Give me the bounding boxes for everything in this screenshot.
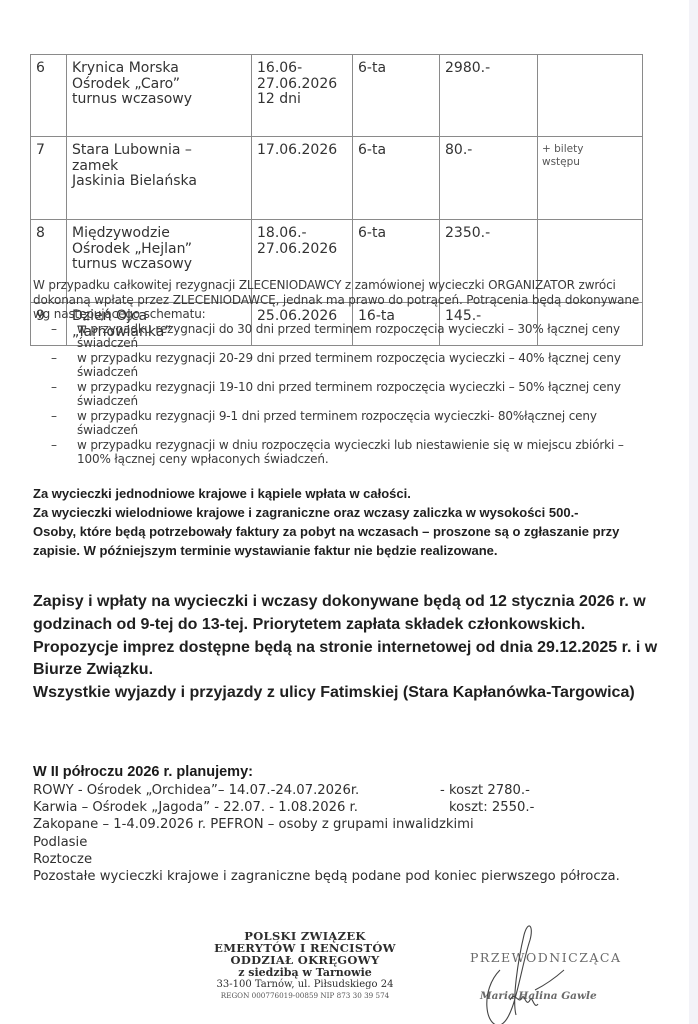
cell-number: 7	[31, 137, 67, 220]
announcement-departures: Wszystkie wyjazdy i przyjazdy z ulicy Fa…	[33, 682, 673, 705]
viewer-edge	[689, 0, 698, 1024]
rule-invoices: Osoby, które będą potrzebowały faktury z…	[33, 522, 653, 560]
announcement-website: Propozycje imprez dostępne będą na stron…	[33, 637, 673, 683]
table-row: 7Stara Lubownia – zamek Jaskinia Bielańs…	[31, 137, 643, 220]
plan-item-text: Zakopane – 1-4.09.2026 r. PEFRON – osoby…	[33, 816, 474, 833]
terms-intro: W przypadku całkowitej rezygnacji ZLECEN…	[33, 278, 653, 322]
plan-item-text: Roztocze	[33, 851, 92, 868]
plan-item-text: Podlasie	[33, 834, 87, 851]
plan-item: Podlasie	[33, 834, 673, 851]
stamp-line: ODDZIAŁ OKRĘGOWY	[190, 954, 420, 966]
plan-heading: W II półroczu 2026 r. planujemy:	[33, 763, 673, 781]
cell-departure-time: 6-ta	[353, 55, 440, 137]
table-row: 6Krynica Morska Ośrodek „Caro” turnus wc…	[31, 55, 643, 137]
dash-bullet-icon: –	[51, 409, 57, 424]
cell-number: 6	[31, 55, 67, 137]
plan-item-text: Karwia – Ośrodek „Jagoda” - 22.07. - 1.0…	[33, 799, 358, 816]
announcements: Zapisy i wpłaty na wycieczki i wczasy do…	[33, 591, 673, 705]
cell-date: 17.06.2026	[252, 137, 353, 220]
terms-item-text: w przypadku rezygnacji 19-10 dni przed t…	[77, 380, 621, 409]
dash-bullet-icon: –	[51, 438, 57, 453]
dash-bullet-icon: –	[51, 351, 57, 366]
plan-item-cost: - koszt 2780.-	[440, 782, 530, 799]
cell-trip-name: Stara Lubownia – zamek Jaskinia Bielańsk…	[67, 137, 252, 220]
organization-stamp: POLSKI ZWIĄZEK EMERYTÓW I RENCISTÓW ODDZ…	[190, 930, 420, 1001]
terms-item: –w przypadku rezygnacji w dniu rozpoczęc…	[63, 438, 653, 467]
plan-item: Zakopane – 1-4.09.2026 r. PEFRON – osoby…	[33, 816, 673, 833]
cell-date: 16.06- 27.06.2026 12 dni	[252, 55, 353, 137]
terms-item: –w przypadku rezygnacji 19-10 dni przed …	[63, 380, 653, 409]
stamp-address: 33-100 Tarnów, ul. Piłsudskiego 24	[190, 979, 420, 991]
cell-price: 80.-	[440, 137, 538, 220]
cell-departure-time: 6-ta	[353, 137, 440, 220]
terms-item-text: w przypadku rezygnacji 20-29 dni przed t…	[77, 351, 621, 380]
plan-item: Karwia – Ośrodek „Jagoda” - 22.07. - 1.0…	[33, 799, 673, 816]
terms-item-text: w przypadku rezygnacji 9-1 dni przed ter…	[77, 409, 597, 438]
second-half-plan: W II półroczu 2026 r. planujemy: ROWY - …	[33, 763, 673, 885]
payment-rules: Za wycieczki jednodniowe krajowe i kąpie…	[33, 484, 653, 560]
terms-item: –w przypadku rezygnacji 20-29 dni przed …	[63, 351, 653, 380]
announcement-registration: Zapisy i wpłaty na wycieczki i wczasy do…	[33, 591, 673, 637]
cell-note: + bilety wstępu	[538, 137, 643, 220]
stamp-line: z siedzibą w Tarnowie	[190, 966, 420, 979]
plan-item-cost: koszt: 2550.-	[449, 799, 534, 816]
terms-item-text: w przypadku rezygnacji w dniu rozpoczęci…	[77, 438, 624, 467]
plan-item: ROWY - Ośrodek „Orchidea”– 14.07.-24.07.…	[33, 782, 673, 799]
plan-item-text: ROWY - Ośrodek „Orchidea”– 14.07.-24.07.…	[33, 782, 359, 799]
rule-one-day: Za wycieczki jednodniowe krajowe i kąpie…	[33, 484, 653, 503]
terms-list: –w przypadku rezygnacji do 30 dni przed …	[33, 322, 653, 467]
signature-block: PRZEWODNICZĄCA Maria Halina Gawle	[460, 940, 660, 1024]
dash-bullet-icon: –	[51, 380, 57, 395]
document-page: 6Krynica Morska Ośrodek „Caro” turnus wc…	[0, 0, 689, 1024]
rule-multi-day: Za wycieczki wielodniowe krajowe i zagra…	[33, 503, 653, 522]
terms-item-text: w przypadku rezygnacji do 30 dni przed t…	[77, 322, 620, 351]
cell-price: 2980.-	[440, 55, 538, 137]
plan-item: Roztocze	[33, 851, 673, 868]
handwritten-signature-icon	[460, 920, 600, 1024]
cancellation-terms: W przypadku całkowitej rezygnacji ZLECEN…	[33, 278, 653, 467]
stamp-ids: REGON 000776019-00859 NIP 873 30 39 574	[190, 991, 420, 1001]
dash-bullet-icon: –	[51, 322, 57, 337]
terms-item: –w przypadku rezygnacji 9-1 dni przed te…	[63, 409, 653, 438]
plan-footer: Pozostałe wycieczki krajowe i zagraniczn…	[33, 868, 673, 885]
terms-item: –w przypadku rezygnacji do 30 dni przed …	[63, 322, 653, 351]
cell-trip-name: Krynica Morska Ośrodek „Caro” turnus wcz…	[67, 55, 252, 137]
cell-note	[538, 55, 643, 137]
